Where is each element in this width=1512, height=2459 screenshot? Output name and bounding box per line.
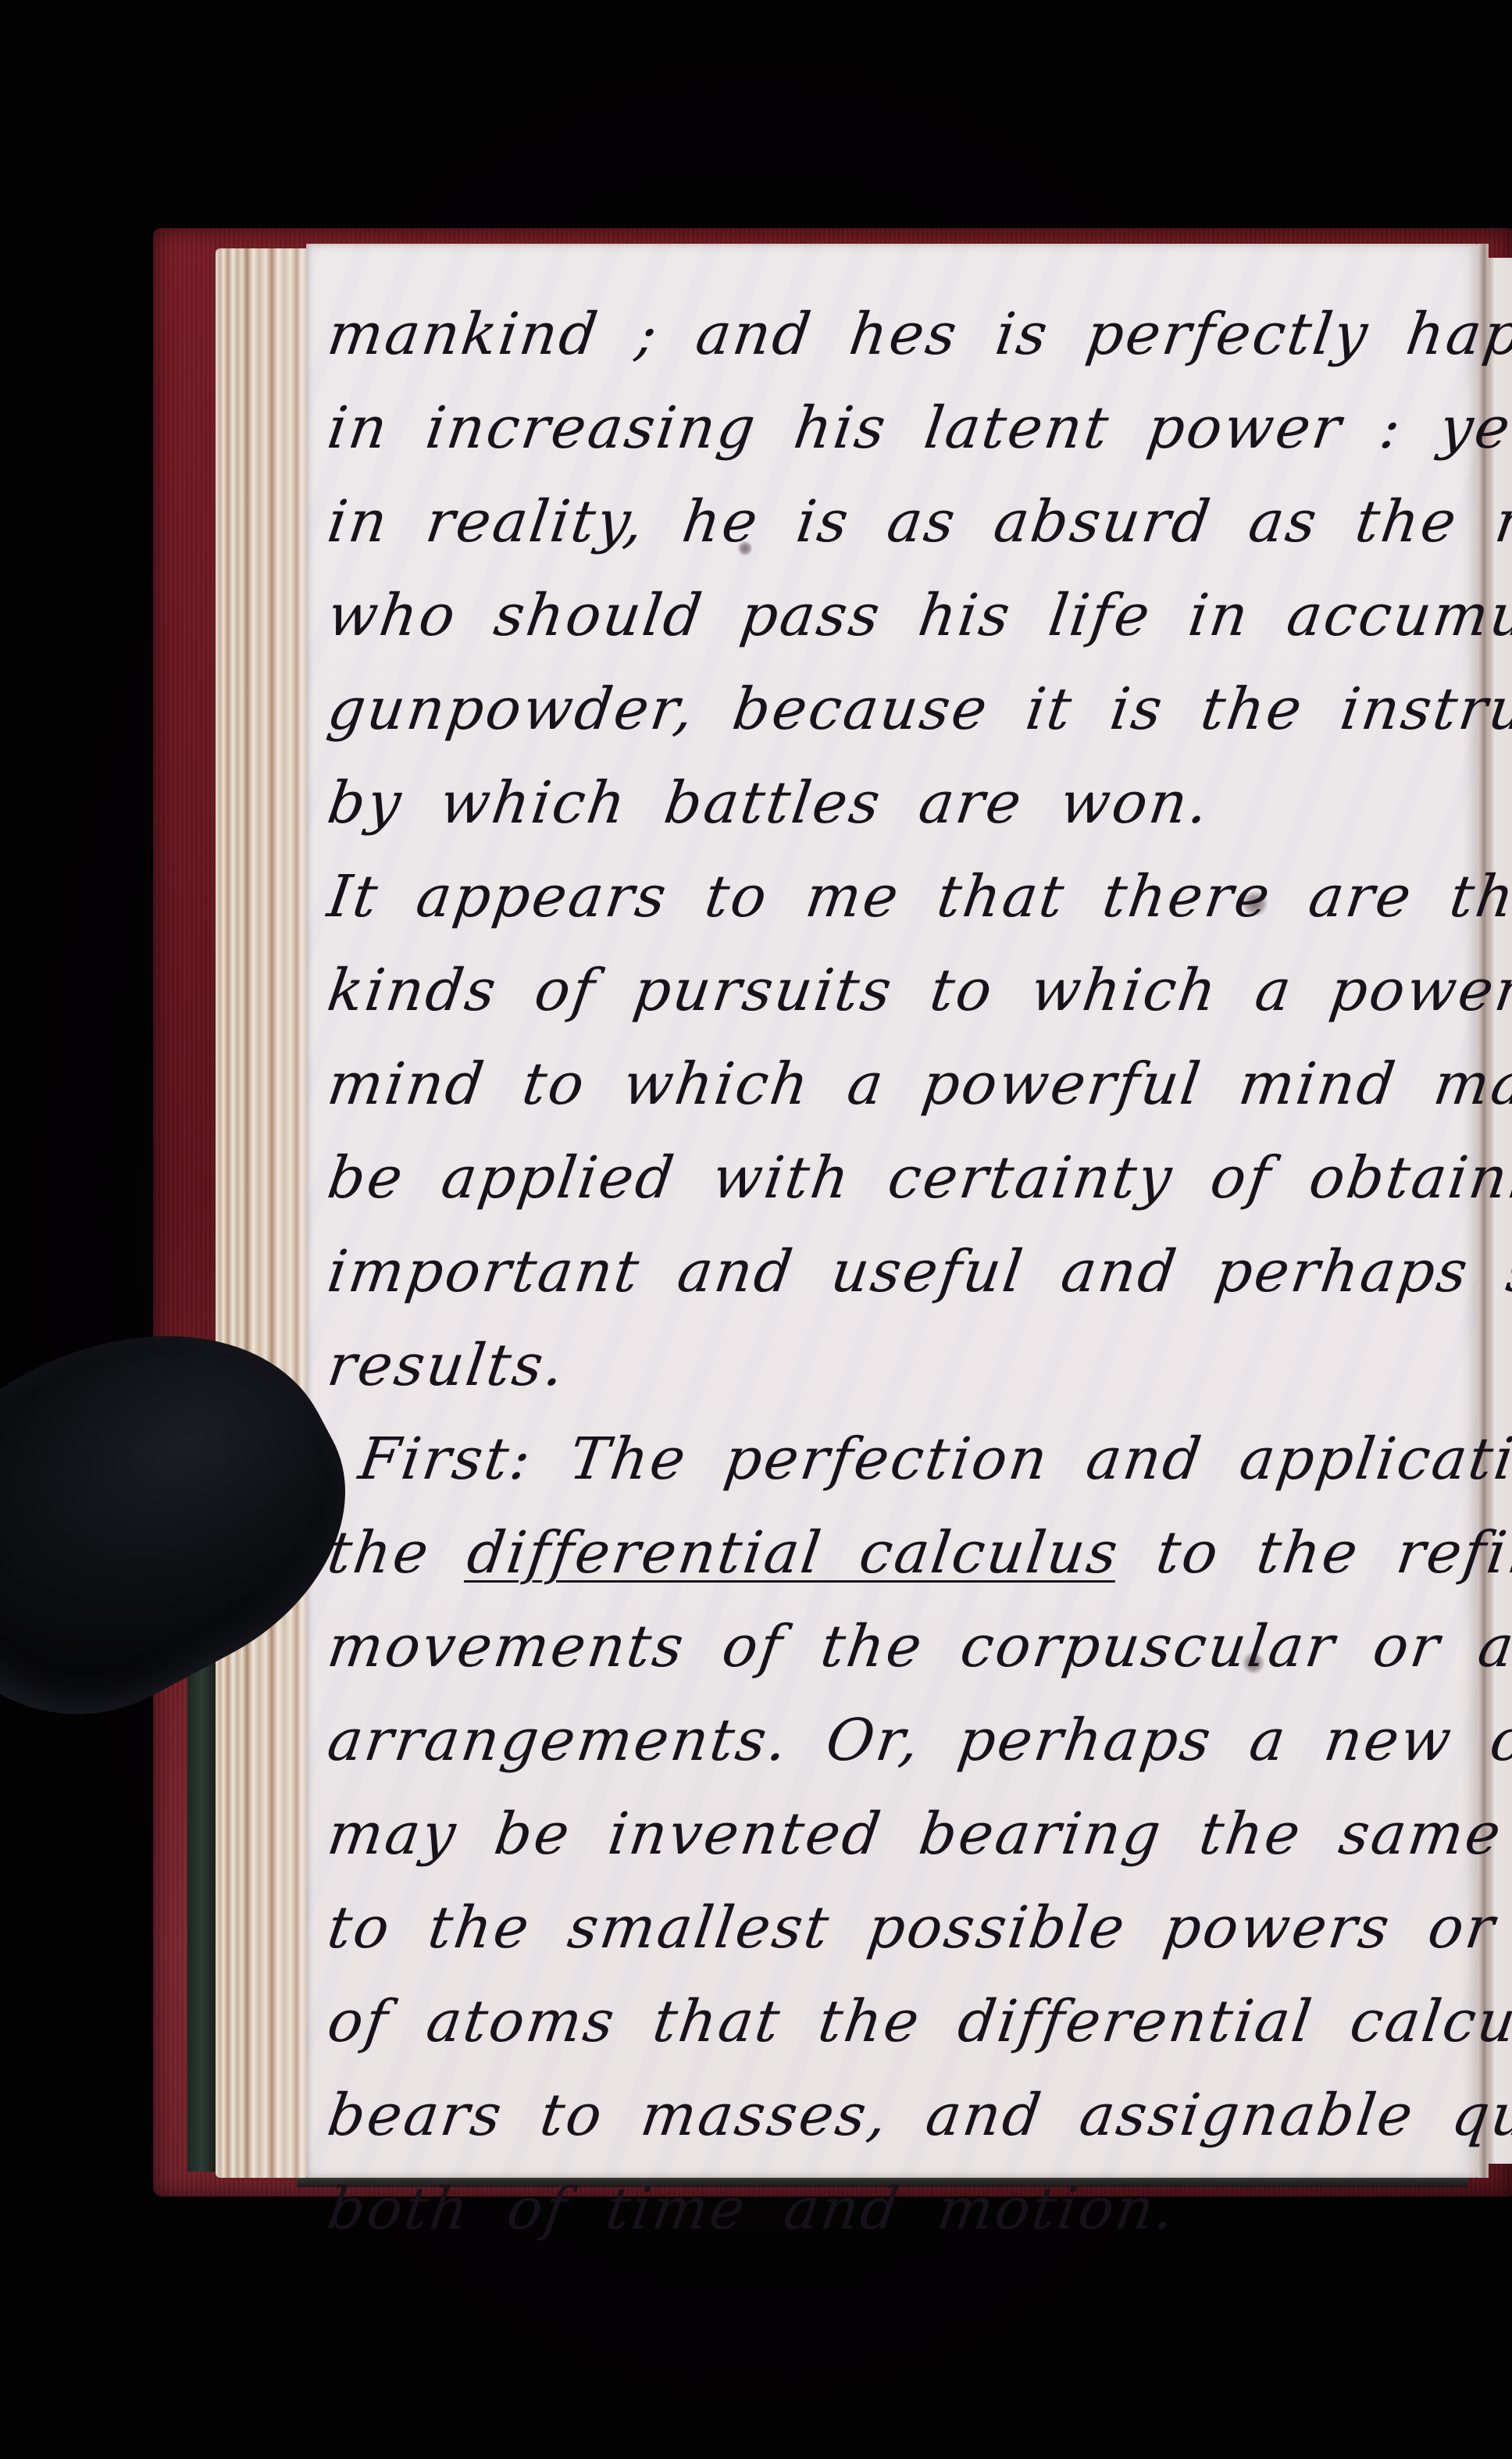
paragraph-start-line: First: The perfection and application of bbox=[322, 1412, 1475, 1506]
text-line: important and useful and perhaps splendi… bbox=[322, 1225, 1475, 1319]
text-line: results. bbox=[322, 1319, 1475, 1412]
text-span: to the refined bbox=[1114, 1519, 1512, 1586]
manuscript-photo: mankind ; and hes is perfectly happy in … bbox=[0, 0, 1512, 2459]
text-line: both of time and motion. bbox=[322, 2162, 1475, 2256]
underlined-phrase: differential calculus bbox=[463, 1519, 1124, 1586]
text-span: the bbox=[323, 1519, 472, 1586]
text-line: bears to masses, and assignable quantiti… bbox=[322, 2068, 1475, 2162]
page-edges bbox=[216, 248, 306, 2178]
handwritten-text: mankind ; and hes is perfectly happy in … bbox=[322, 287, 1462, 2256]
text-line: kinds of pursuits to which a powerful bbox=[322, 944, 1475, 1037]
text-line: to the smallest possible powers or funct… bbox=[322, 1881, 1475, 1975]
text-line: mankind ; and hes is perfectly happy bbox=[322, 287, 1475, 381]
text-line: in increasing his latent power : yet bbox=[322, 381, 1475, 475]
text-line: be applied with certainty of obtaining bbox=[322, 1131, 1475, 1225]
text-line: of atoms that the differential calculus bbox=[322, 1975, 1475, 2068]
text-line: may be invented bearing the same relatio… bbox=[322, 1787, 1475, 1881]
text-line: movements of the corpuscular or atomic bbox=[322, 1600, 1475, 1693]
text-line: by which battles are won. bbox=[322, 756, 1475, 850]
text-line: in reality, he is as absurd as the man bbox=[322, 475, 1475, 569]
text-line: mind to which a powerful mind may bbox=[322, 1037, 1475, 1131]
text-line: gunpowder, because it is the instrument bbox=[322, 662, 1475, 756]
text-line: who should pass his life in accumulating bbox=[322, 569, 1475, 662]
text-line: the differential calculus to the refined bbox=[322, 1506, 1475, 1600]
paragraph-start-line: It appears to me that there are three bbox=[322, 850, 1475, 944]
text-line: arrangements. Or, perhaps a new calculus bbox=[322, 1693, 1475, 1787]
